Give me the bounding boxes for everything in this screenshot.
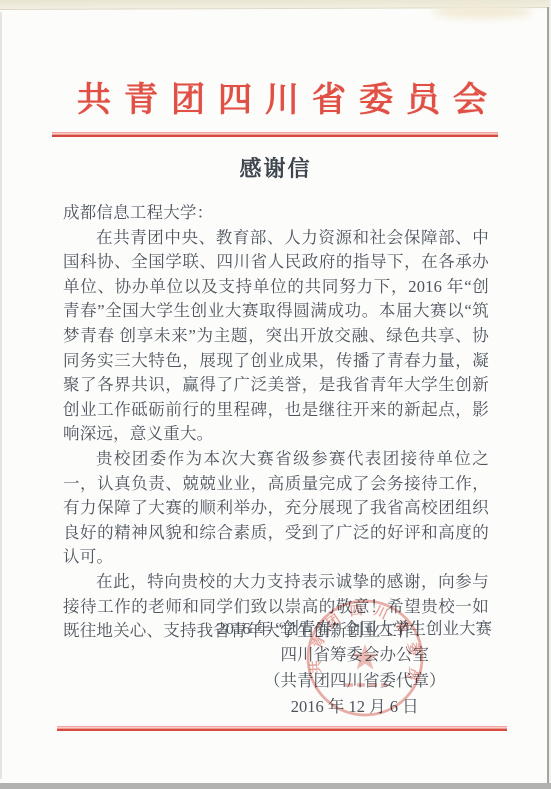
- scanned-letter-page: 共青团四川省委员会 感谢信 成都信息工程大学： 在共青团中央、教育部、人力资源和…: [0, 0, 551, 789]
- body-paragraph-2: 贵校团委作为本次大赛省级参赛代表团接待单位之一，认真负责、兢兢业业，高质量完成了…: [63, 447, 489, 570]
- letter-body: 成都信息工程大学： 在共青团中央、教育部、人力资源和社会保障部、中国科协、全国学…: [63, 201, 489, 644]
- scan-edge-right: [547, 7, 549, 785]
- letter-title: 感谢信: [0, 152, 551, 183]
- scan-edge-left: [0, 12, 2, 779]
- salutation: 成都信息工程大学：: [63, 201, 489, 226]
- official-seal: 共青团四川省委员会: [303, 596, 427, 720]
- footer-rule: [57, 726, 507, 731]
- body-paragraph-1: 在共青团中央、教育部、人力资源和社会保障部、中国科协、全国学联、四川省人民政府的…: [63, 226, 489, 447]
- letterhead-org-name: 共青团四川省委员会: [0, 72, 551, 121]
- scan-smudge: [432, 5, 532, 18]
- seal-ring-text: 共青团四川省委员会: [303, 596, 423, 692]
- seal-star-icon: [351, 644, 378, 670]
- letterhead-rule: [52, 132, 498, 137]
- svg-text:共青团四川省委员会: 共青团四川省委员会: [303, 596, 423, 692]
- scan-edge-bottom: [0, 783, 551, 789]
